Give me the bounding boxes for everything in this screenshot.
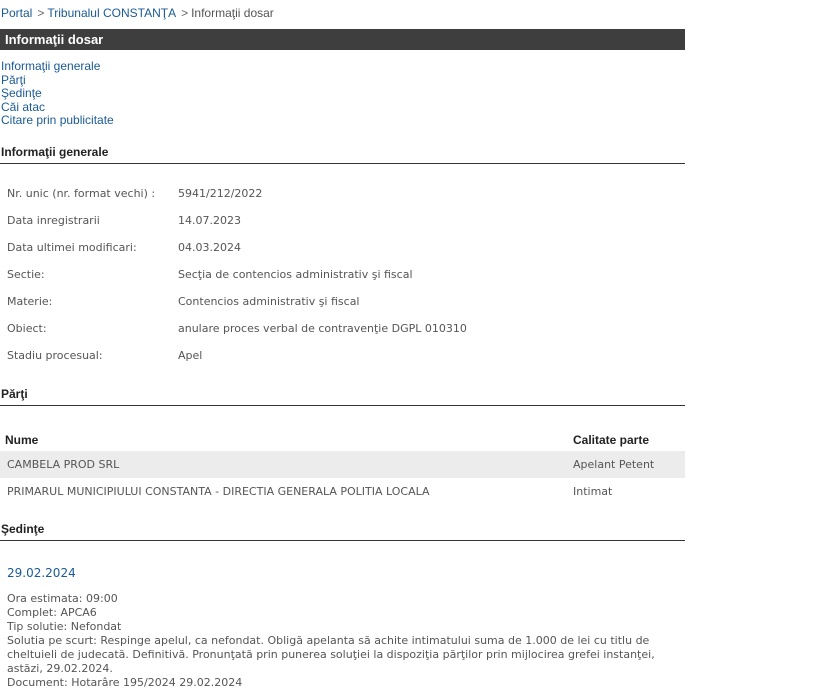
toc-link-parti[interactable]: Părţi <box>1 74 114 88</box>
sedinta-ora: Ora estimata: 09:00 <box>7 592 687 606</box>
party-name: PRIMARUL MUNICIPIULUI CONSTANTA - DIRECT… <box>0 485 567 498</box>
column-header-calitate: Calitate parte <box>567 433 649 447</box>
info-label: Nr. unic (nr. format vechi) : <box>7 187 178 214</box>
info-value: 14.07.2023 <box>178 214 241 241</box>
info-label: Data ultimei modificari: <box>7 241 178 268</box>
parti-table: Nume Calitate parte CAMBELA PROD SRL Ape… <box>0 428 685 505</box>
info-row-data-inregistrarii: Data inregistrarii 14.07.2023 <box>7 214 467 241</box>
party-role: Intimat <box>567 485 612 498</box>
sedinta-tip-solutie: Tip solutie: Nefondat <box>7 620 687 634</box>
info-value: Contencios administrativ şi fiscal <box>178 295 360 322</box>
section-heading-sedinte: Şedinţe <box>0 522 685 541</box>
sedinta-document: Document: Hotarâre 195/2024 29.02.2024 <box>7 676 687 689</box>
breadcrumb-separator: > <box>181 6 188 20</box>
info-label: Obiect: <box>7 322 178 349</box>
info-label: Materie: <box>7 295 178 322</box>
toc-link-cai-atac[interactable]: Căi atac <box>1 101 114 115</box>
toc-link-informatii-generale[interactable]: Informaţii generale <box>1 60 114 74</box>
info-label: Stadiu procesual: <box>7 349 178 376</box>
section-heading-parti: Părţi <box>0 387 685 406</box>
sedinta-date: 29.02.2024 <box>7 566 687 580</box>
parti-table-header: Nume Calitate parte <box>0 428 685 451</box>
info-value: Apel <box>178 349 202 376</box>
sedinta-item: 29.02.2024 Ora estimata: 09:00 Complet: … <box>7 566 687 689</box>
info-label: Data inregistrarii <box>7 214 178 241</box>
breadcrumb-separator: > <box>37 6 44 20</box>
info-value: Secţia de contencios administrativ şi fi… <box>178 268 413 295</box>
party-name: CAMBELA PROD SRL <box>0 458 567 471</box>
party-role: Apelant Petent <box>567 458 654 471</box>
breadcrumb-tribunal[interactable]: Tribunalul CONSTANŢA <box>47 6 176 20</box>
breadcrumb-current: Informaţii dosar <box>191 6 274 20</box>
section-heading-informatii-generale: Informaţii generale <box>0 145 685 164</box>
breadcrumb: Portal>Tribunalul CONSTANŢA>Informaţii d… <box>1 6 274 20</box>
breadcrumb-portal[interactable]: Portal <box>1 6 32 20</box>
info-row-sectie: Sectie: Secţia de contencios administrat… <box>7 268 467 295</box>
info-value: anulare proces verbal de contravenţie DG… <box>178 322 467 349</box>
info-value: 5941/212/2022 <box>178 187 262 214</box>
table-row: CAMBELA PROD SRL Apelant Petent <box>0 451 685 478</box>
info-row-obiect: Obiect: anulare proces verbal de contrav… <box>7 322 467 349</box>
info-value: 04.03.2024 <box>178 241 241 268</box>
toc-link-sedinte[interactable]: Şedinţe <box>1 87 114 101</box>
table-row: PRIMARUL MUNICIPIULUI CONSTANTA - DIRECT… <box>0 478 685 505</box>
info-row-nr-unic: Nr. unic (nr. format vechi) : 5941/212/2… <box>7 187 467 214</box>
info-row-materie: Materie: Contencios administrativ şi fis… <box>7 295 467 322</box>
toc-link-citare-publicitate[interactable]: Citare prin publicitate <box>1 114 114 128</box>
page-title: Informaţii dosar <box>0 29 685 50</box>
info-row-data-ultimei-modificari: Data ultimei modificari: 04.03.2024 <box>7 241 467 268</box>
info-label: Sectie: <box>7 268 178 295</box>
info-row-stadiu-procesual: Stadiu procesual: Apel <box>7 349 467 376</box>
general-info-table: Nr. unic (nr. format vechi) : 5941/212/2… <box>7 187 467 376</box>
column-header-nume: Nume <box>0 433 567 447</box>
sedinta-solutie: Solutia pe scurt: Respinge apelul, ca ne… <box>7 634 687 676</box>
sedinta-complet: Complet: APCA6 <box>7 606 687 620</box>
table-of-contents: Informaţii generale Părţi Şedinţe Căi at… <box>1 60 114 128</box>
